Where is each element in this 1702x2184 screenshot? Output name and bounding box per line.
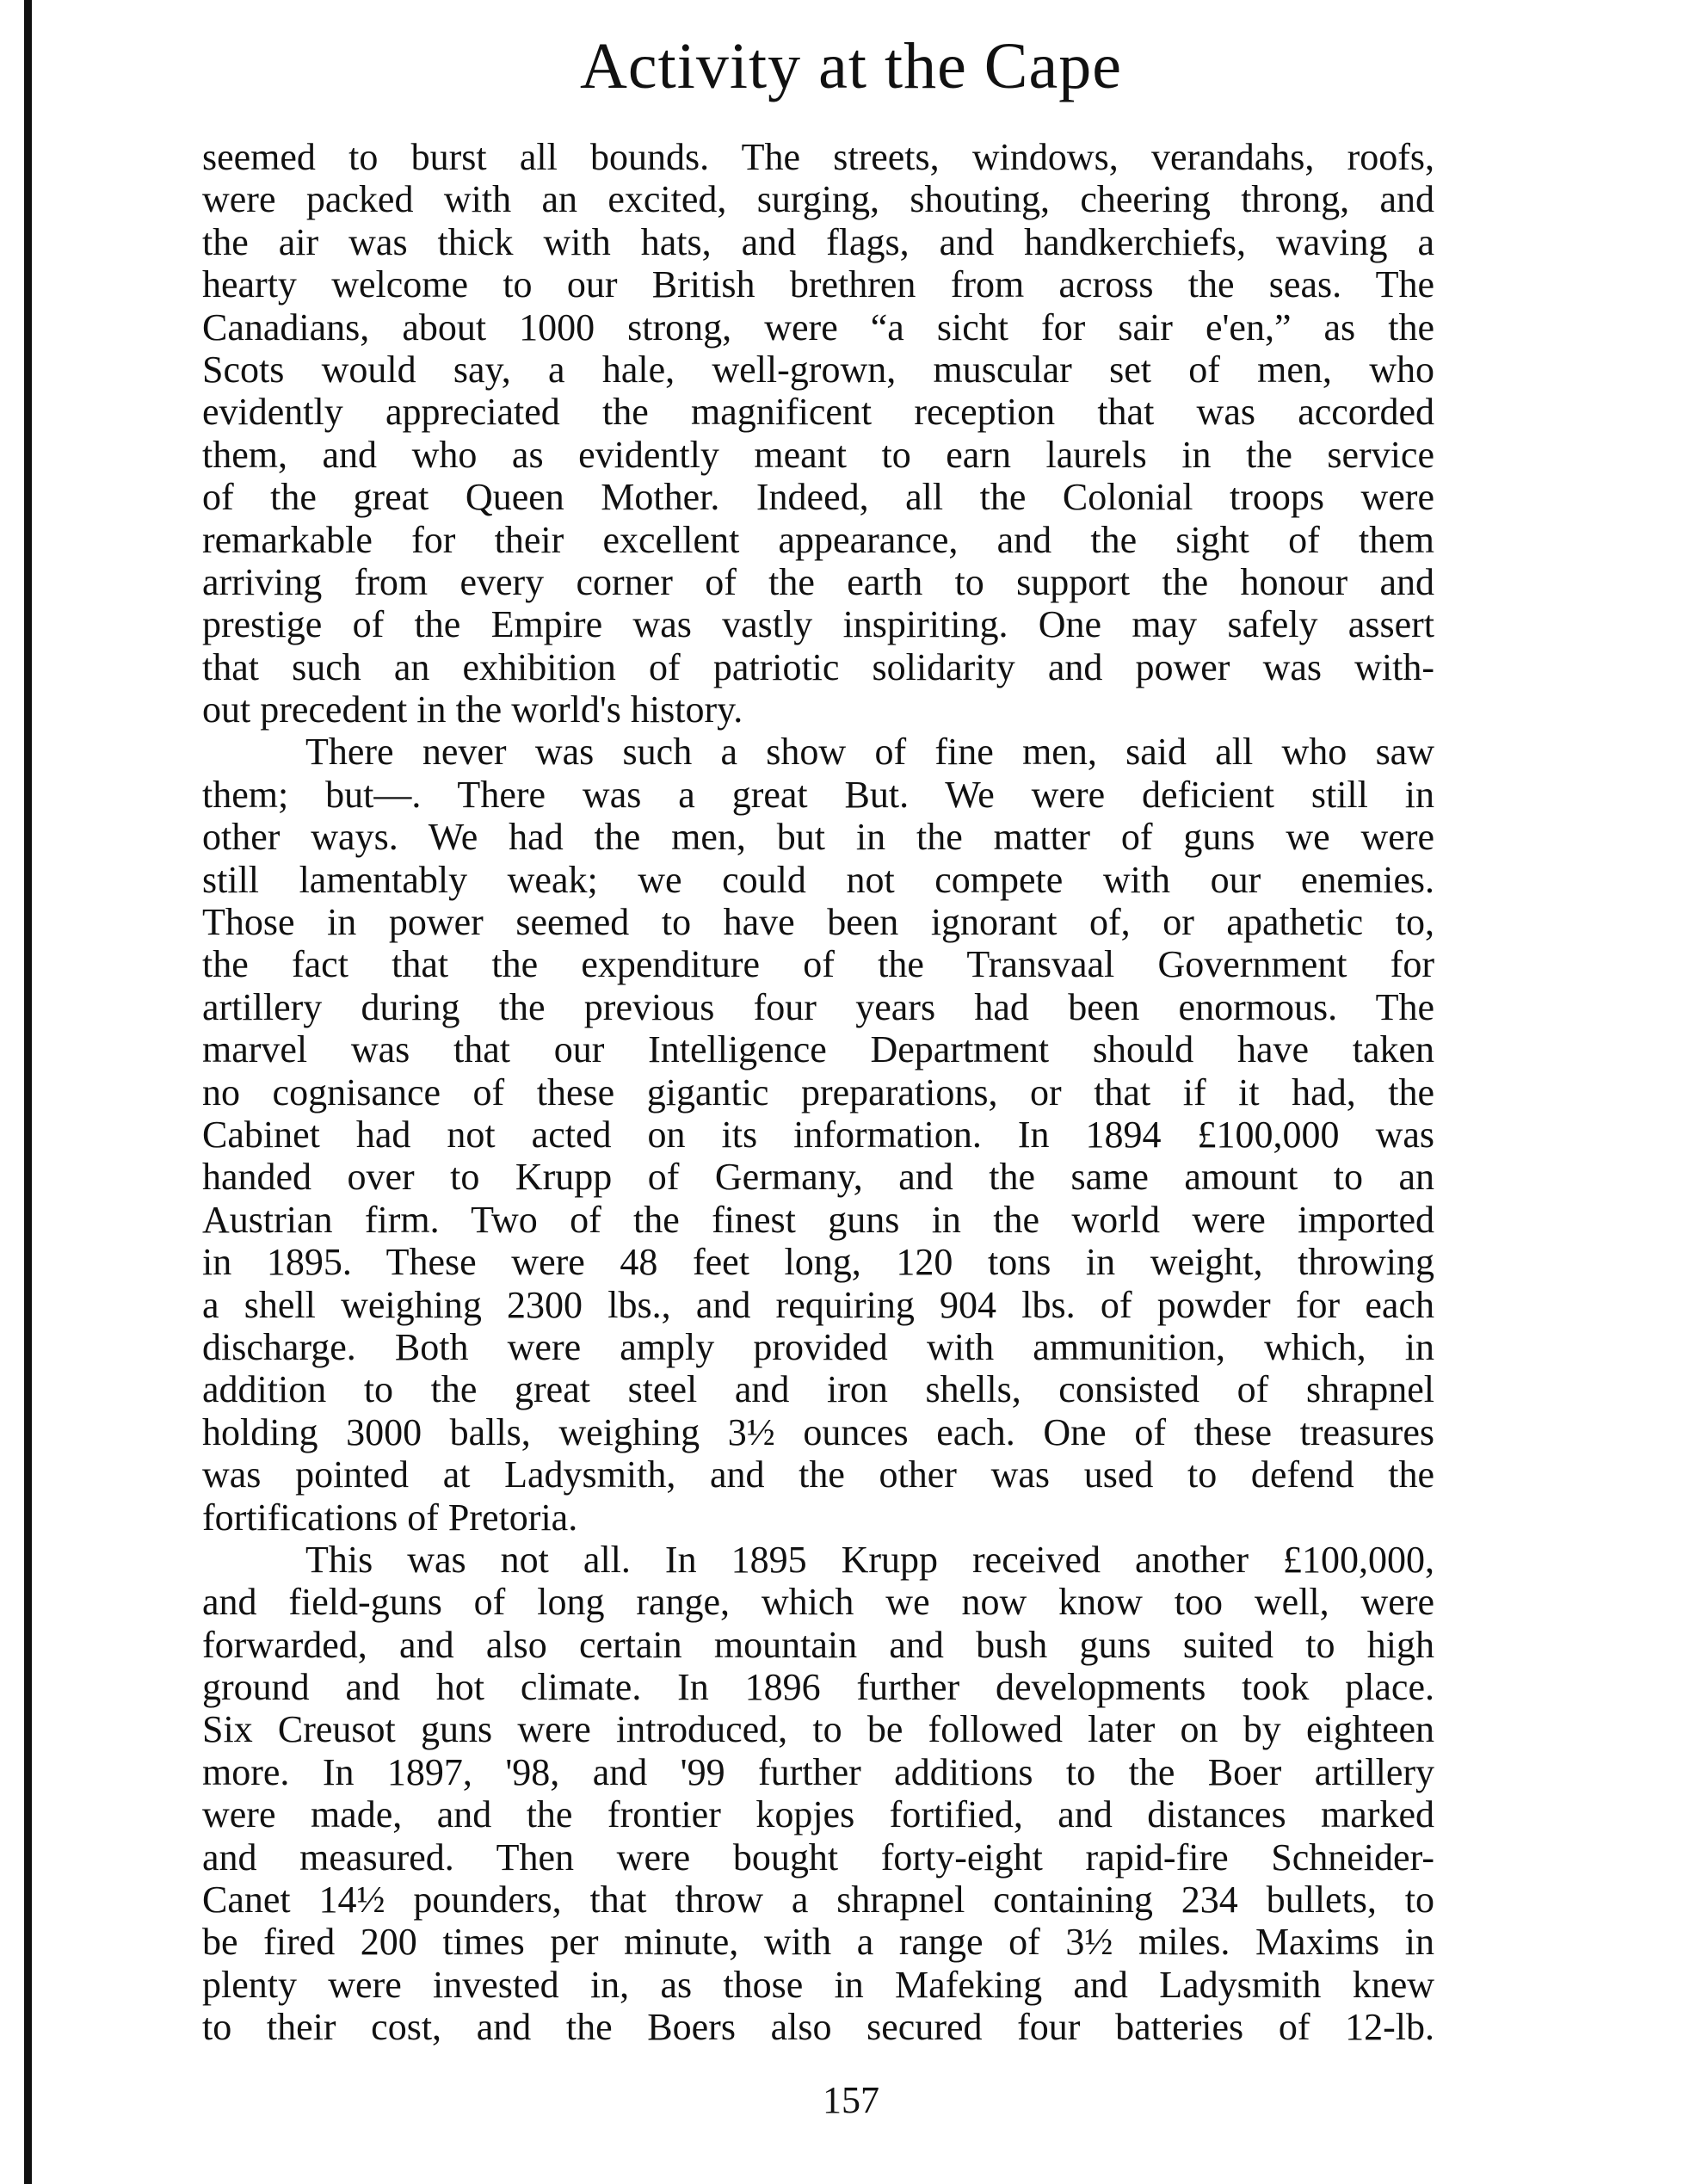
text-line: and field-guns of long range, which we n… bbox=[202, 1581, 1434, 1623]
text-line: holding 3000 balls, weighing 3½ ounces e… bbox=[202, 1411, 1434, 1453]
text-line: fortifications of Pretoria. bbox=[202, 1496, 1434, 1539]
text-line: the fact that the expenditure of the Tra… bbox=[202, 943, 1434, 985]
body-text: seemed to burst all bounds. The streets,… bbox=[202, 136, 1434, 2049]
text-line: arriving from every corner of the earth … bbox=[202, 561, 1434, 603]
page-binding-edge bbox=[24, 0, 32, 2184]
text-line: plenty were invested in, as those in Maf… bbox=[202, 1964, 1434, 2006]
text-line: that such an exhibition of patriotic sol… bbox=[202, 646, 1434, 688]
text-line: Scots would say, a hale, well-grown, mus… bbox=[202, 349, 1434, 391]
text-line: to their cost, and the Boers also secure… bbox=[202, 2006, 1434, 2048]
text-line: be fired 200 times per minute, with a ra… bbox=[202, 1921, 1434, 1963]
running-head: Activity at the Cape bbox=[0, 19, 1702, 114]
text-line: artillery during the previous four years… bbox=[202, 986, 1434, 1028]
text-line: Canadians, about 1000 strong, were “a si… bbox=[202, 306, 1434, 349]
text-line: seemed to burst all bounds. The streets,… bbox=[202, 136, 1434, 178]
text-line: them; but—. There was a great But. We we… bbox=[202, 774, 1434, 816]
text-line: evidently appreciated the magnificent re… bbox=[202, 391, 1434, 433]
text-line: addition to the great steel and iron she… bbox=[202, 1368, 1434, 1410]
text-line: hearty welcome to our British brethren f… bbox=[202, 263, 1434, 305]
text-line: of the great Queen Mother. Indeed, all t… bbox=[202, 476, 1434, 518]
text-line: out precedent in the world's history. bbox=[202, 688, 1434, 731]
text-line: still lamentably weak; we could not comp… bbox=[202, 859, 1434, 901]
text-line: discharge. Both were amply provided with… bbox=[202, 1326, 1434, 1368]
text-line: was pointed at Ladysmith, and the other … bbox=[202, 1453, 1434, 1496]
text-line: Austrian firm. Two of the finest guns in… bbox=[202, 1199, 1434, 1241]
text-line: prestige of the Empire was vastly inspir… bbox=[202, 603, 1434, 645]
text-line: marvel was that our Intelligence Departm… bbox=[202, 1028, 1434, 1070]
text-line: This was not all. In 1895 Krupp received… bbox=[202, 1539, 1434, 1581]
text-line: Those in power seemed to have been ignor… bbox=[202, 901, 1434, 943]
text-line: in 1895. These were 48 feet long, 120 to… bbox=[202, 1241, 1434, 1283]
text-line: were made, and the frontier kopjes forti… bbox=[202, 1793, 1434, 1835]
text-line: the air was thick with hats, and flags, … bbox=[202, 221, 1434, 263]
text-line: handed over to Krupp of Germany, and the… bbox=[202, 1156, 1434, 1198]
text-line: them, and who as evidently meant to earn… bbox=[202, 434, 1434, 476]
text-line: Six Creusot guns were introduced, to be … bbox=[202, 1708, 1434, 1750]
text-line: ground and hot climate. In 1896 further … bbox=[202, 1666, 1434, 1708]
text-line: remarkable for their excellent appearanc… bbox=[202, 519, 1434, 561]
text-line: Canet 14½ pounders, that throw a shrapne… bbox=[202, 1879, 1434, 1921]
text-line: forwarded, and also certain mountain and… bbox=[202, 1624, 1434, 1666]
text-line: a shell weighing 2300 lbs., and requirin… bbox=[202, 1284, 1434, 1326]
text-line: and measured. Then were bought forty-eig… bbox=[202, 1836, 1434, 1879]
text-line: There never was such a show of fine men,… bbox=[202, 731, 1434, 773]
text-line: were packed with an excited, surging, sh… bbox=[202, 178, 1434, 220]
text-line: Cabinet had not acted on its information… bbox=[202, 1114, 1434, 1156]
text-line: other ways. We had the men, but in the m… bbox=[202, 816, 1434, 858]
text-line: more. In 1897, '98, and '99 further addi… bbox=[202, 1751, 1434, 1793]
text-line: no cognisance of these gigantic preparat… bbox=[202, 1071, 1434, 1114]
page-number: 157 bbox=[0, 2078, 1702, 2122]
